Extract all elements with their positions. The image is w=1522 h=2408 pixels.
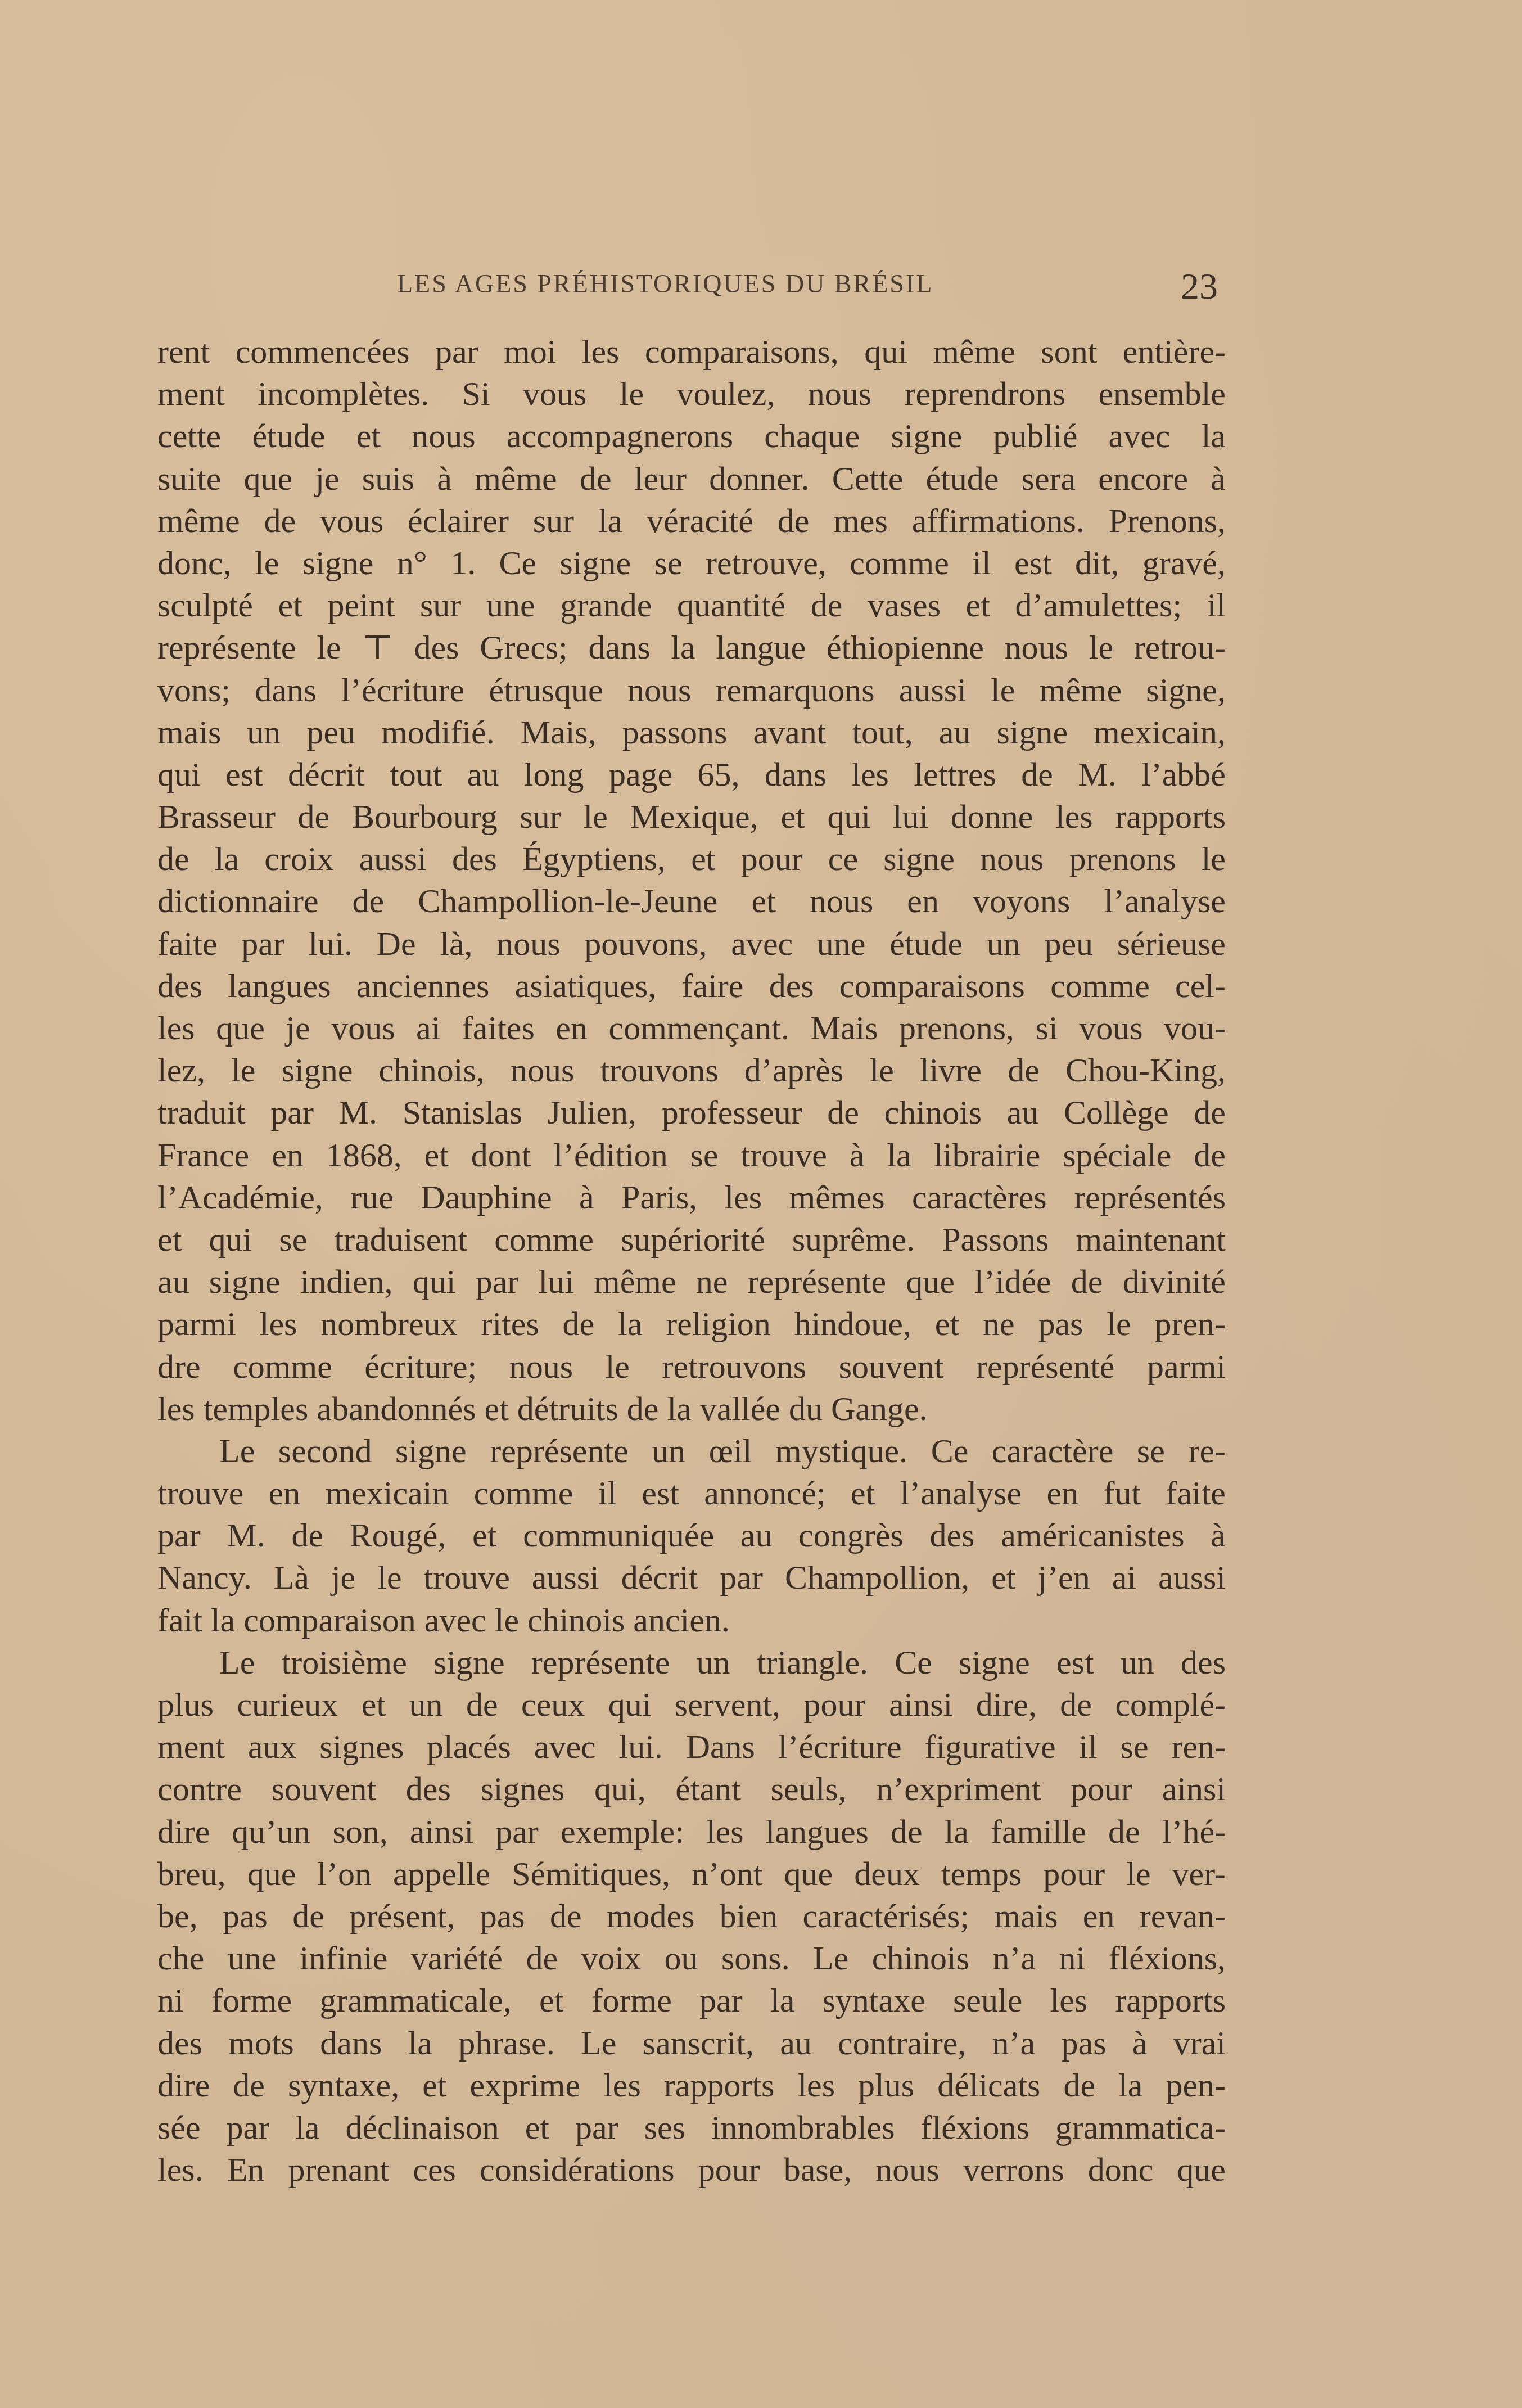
paragraph-2: Le second signe représente un œil mystiq… (157, 1430, 1226, 1642)
text-line: Brasseur de Bourbourg sur le Mexique, et… (157, 796, 1226, 838)
text-line: les temples abandonnés et détruits de la… (157, 1388, 1226, 1430)
text-line: même de vous éclairer sur la véracité de… (157, 500, 1226, 542)
text-line: rent commencées par moi les comparaisons… (157, 331, 1226, 373)
text-line: plus curieux et un de ceux qui servent, … (157, 1684, 1226, 1726)
page-number: 23 (1181, 265, 1218, 308)
text-line: Nancy. Là je le trouve aussi décrit par … (157, 1557, 1226, 1599)
text-line: traduit par M. Stanislas Julien, profess… (157, 1092, 1226, 1134)
paragraph-1: rent commencées par moi les comparaisons… (157, 331, 1226, 1430)
text-line: France en 1868, et dont l’édition se tro… (157, 1134, 1226, 1176)
text-line: ment incomplètes. Si vous le voulez, nou… (157, 373, 1226, 415)
text-line: vons; dans l’écriture étrusque nous rema… (157, 669, 1226, 711)
text-line: de la croix aussi des Égyptiens, et pour… (157, 838, 1226, 880)
text-line: breu, que l’on appelle Sémitiques, n’ont… (157, 1853, 1226, 1895)
text-line: sée par la déclinaison et par ses innomb… (157, 2107, 1226, 2149)
text-line: les que je vous ai faites en commençant.… (157, 1007, 1226, 1049)
running-head: LES AGES PRÉHISTORIQUES DU BRÉSIL 23 (397, 269, 1218, 308)
text-line: fait la comparaison avec le chinois anci… (157, 1599, 1226, 1642)
text-line: qui est décrit tout au long page 65, dan… (157, 754, 1226, 796)
text-line: faite par lui. De là, nous pouvons, avec… (157, 923, 1226, 965)
text-line: ni forme grammaticale, et forme par la s… (157, 1979, 1226, 2022)
text-line: dire de syntaxe, et exprime les rapports… (157, 2064, 1226, 2107)
text-line: Le second signe représente un œil mystiq… (157, 1430, 1226, 1472)
text-line: suite que je suis à même de leur donner.… (157, 458, 1226, 500)
text-line: dre comme écriture; nous le retrouvons s… (157, 1346, 1226, 1388)
text-line: be, pas de présent, pas de modes bien ca… (157, 1895, 1226, 1937)
paragraph-3: Le troisième signe représente un triangl… (157, 1642, 1226, 2191)
running-title: LES AGES PRÉHISTORIQUES DU BRÉSIL (397, 269, 933, 299)
text-line: contre souvent des signes qui, étant seu… (157, 1768, 1226, 1810)
text-line: dire qu’un son, ainsi par exemple: les l… (157, 1811, 1226, 1853)
text-line: trouve en mexicain comme il est annoncé;… (157, 1472, 1226, 1514)
text-line: par M. de Rougé, et communiquée au congr… (157, 1514, 1226, 1557)
text-line: les. En prenant ces considérations pour … (157, 2149, 1226, 2191)
text-line: Le troisième signe représente un triangl… (157, 1642, 1226, 1684)
text-line: ment aux signes placés avec lui. Dans l’… (157, 1726, 1226, 1768)
text-line: lez, le signe chinois, nous trouvons d’a… (157, 1049, 1226, 1092)
text-line: donc, le signe n° 1. Ce signe se retrouv… (157, 542, 1226, 584)
text-line: parmi les nombreux rites de la religion … (157, 1303, 1226, 1345)
body-text: rent commencées par moi les comparaisons… (157, 331, 1226, 2191)
text-line: l’Académie, rue Dauphine à Paris, les mê… (157, 1176, 1226, 1219)
text-line: au signe indien, qui par lui même ne rep… (157, 1261, 1226, 1303)
text-line: cette étude et nous accompagnerons chaqu… (157, 415, 1226, 457)
text-line: dictionnaire de Champollion-le-Jeune et … (157, 880, 1226, 922)
text-line: sculpté et peint sur une grande quantité… (157, 584, 1226, 626)
text-line: des langues anciennes asiatiques, faire … (157, 965, 1226, 1007)
text-line: che une infinie variété de voix ou sons.… (157, 1937, 1226, 1979)
text-line: représente le ⊤ des Grecs; dans la langu… (157, 626, 1226, 669)
text-line: des mots dans la phrase. Le sanscrit, au… (157, 2022, 1226, 2064)
text-line: mais un peu modifié. Mais, passons avant… (157, 711, 1226, 754)
book-page: LES AGES PRÉHISTORIQUES DU BRÉSIL 23 ren… (0, 0, 1522, 2408)
text-line: et qui se traduisent comme supériorité s… (157, 1219, 1226, 1261)
